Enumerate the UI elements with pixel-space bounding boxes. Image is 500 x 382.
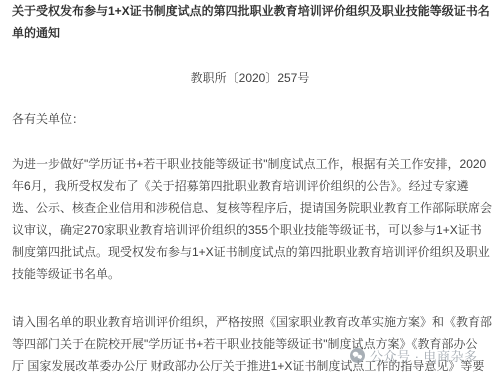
salutation: 各有关单位： xyxy=(12,108,488,130)
paragraph-1: 为进一步做好"学历证书+若干职业技能等级证书"制度试点工作，根据有关工作安排，2… xyxy=(12,153,488,285)
notice-title: 关于受权发布参与1+X证书制度试点的第四批职业教育培训评价组织及职业技能等级证书… xyxy=(12,0,488,44)
paragraph-2: 请入围名单的职业教育培训评价组织，严格按照《国家职业教育改革实施方案》和《教育部… xyxy=(12,311,488,377)
paragraph-2-line-2: 等四部门关于在院校开展"学历证书+若干职业技能等级证书"制度试点方案》《教育部办… xyxy=(12,333,488,355)
paragraph-1-line-6: 技能等级证书名单。 xyxy=(12,263,488,285)
paragraph-1-line-3: 选、公示、核查企业信用和涉税信息、复核等程序后，提请国务院职业教育工作部际联席会 xyxy=(12,197,488,219)
notice-title-line-2: 单的通知 xyxy=(12,22,488,44)
notice-document: 关于受权发布参与1+X证书制度试点的第四批职业教育培训评价组织及职业技能等级证书… xyxy=(0,0,500,377)
paragraph-1-line-1: 为进一步做好"学历证书+若干职业技能等级证书"制度试点工作，根据有关工作安排，2… xyxy=(12,153,488,175)
paragraph-1-line-2: 年6月，我所受权发布了《关于招募第四批职业教育培训评价组织的公告》。经过专家遴 xyxy=(12,175,488,197)
paragraph-2-line-3: 厅 国家发展改革委办公厅 财政部办公厅关于推进1+X证书制度试点工作的指导意见》… xyxy=(12,355,488,377)
paragraph-2-line-1: 请入围名单的职业教育培训评价组织，严格按照《国家职业教育改革实施方案》和《教育部 xyxy=(12,311,488,333)
document-number: 教职所〔2020〕257号 xyxy=(12,67,488,89)
notice-title-line-1: 关于受权发布参与1+X证书制度试点的第四批职业教育培训评价组织及职业技能等级证书… xyxy=(12,0,488,22)
paragraph-1-line-5: 制度第四批试点。现受权发布参与1+X证书制度试点的第四批职业教育培训评价组织及职… xyxy=(12,241,488,263)
notice-page: { "page": { "background": "#ffffff" }, "… xyxy=(0,0,500,382)
paragraph-1-line-4: 议审议，确定270家职业教育培训评价组织的355个职业技能等级证书，可以参与1+… xyxy=(12,219,488,241)
